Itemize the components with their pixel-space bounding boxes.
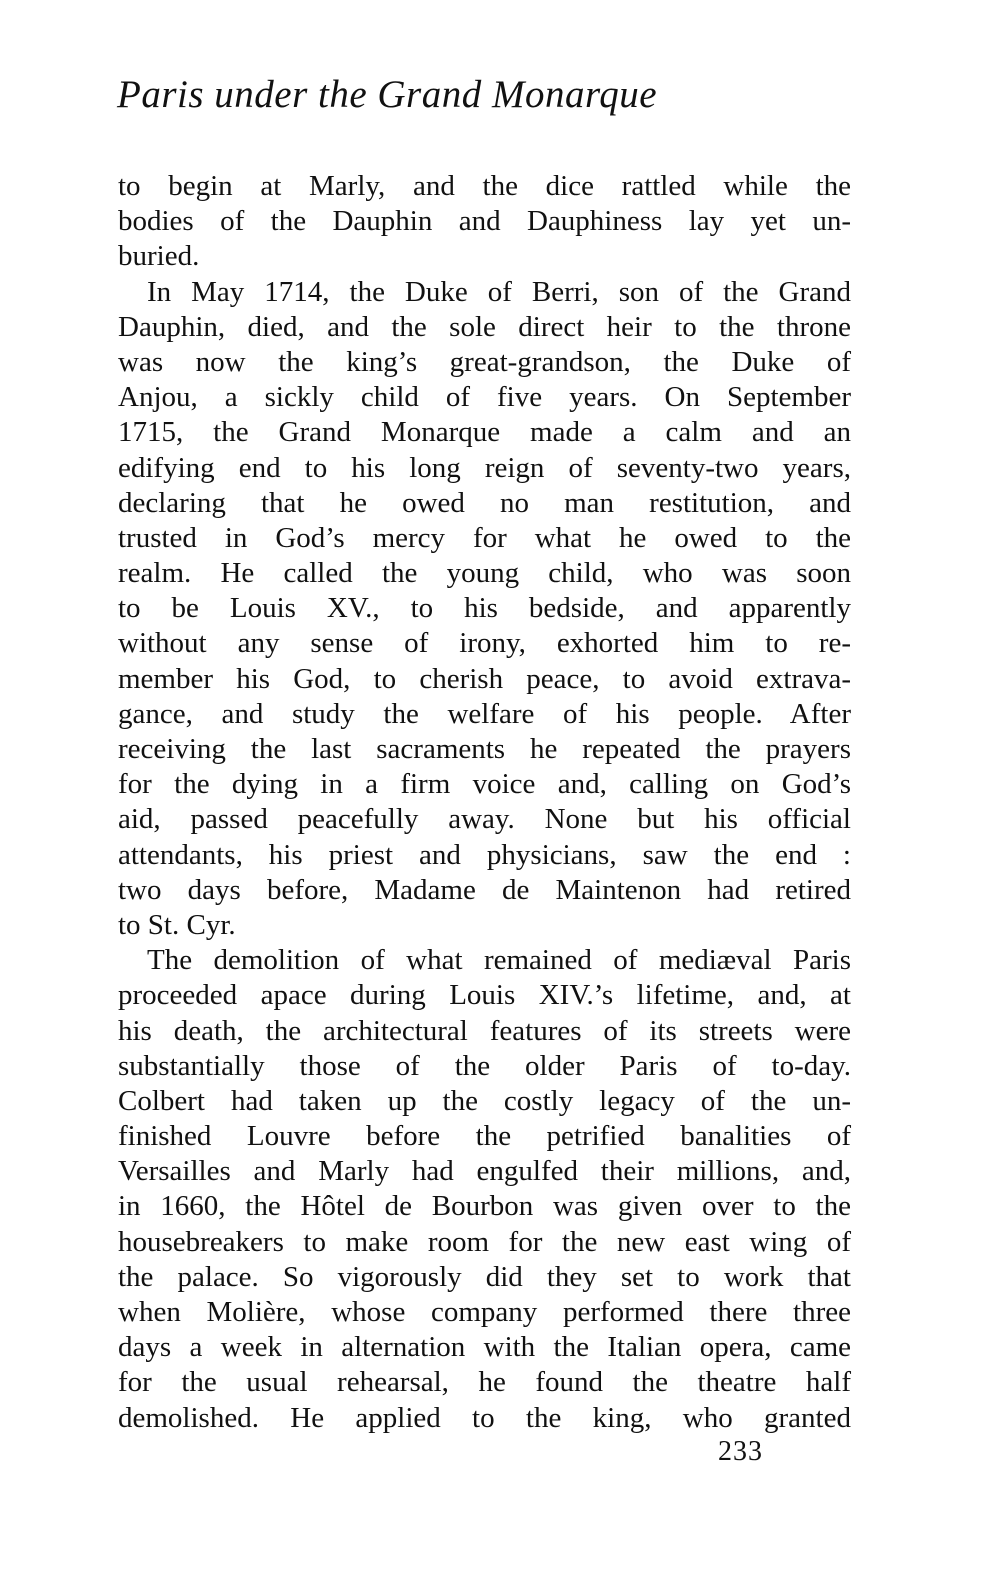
text-line: Anjou, a sickly child of five years. On …	[118, 380, 851, 415]
text-line: 1715, the Grand Monarque made a calm and…	[118, 415, 851, 450]
text-line: the palace. So vigorously did they set t…	[118, 1260, 851, 1295]
text-line: substantially those of the older Paris o…	[118, 1049, 851, 1084]
paragraph: In May 1714, the Duke of Berri, son of t…	[118, 275, 851, 944]
text-line: without any sense of irony, exhorted him…	[118, 626, 851, 661]
text-line: to begin at Marly, and the dice rattled …	[118, 169, 851, 204]
paragraph: to begin at Marly, and the dice rattled …	[118, 169, 851, 275]
text-line: for the usual rehearsal, he found the th…	[118, 1365, 851, 1400]
text-line: his death, the architectural features of…	[118, 1014, 851, 1049]
text-line: two days before, Madame de Maintenon had…	[118, 873, 851, 908]
text-line: aid, passed peacefully away. None but hi…	[118, 802, 851, 837]
text-line: demolished. He applied to the king, who …	[118, 1401, 851, 1436]
text-line: attendants, his priest and physicians, s…	[118, 838, 851, 873]
paragraph: The demolition of what remained of mediæ…	[118, 943, 851, 1436]
text-line: buried.	[118, 239, 851, 274]
text-line: to St. Cyr.	[118, 908, 851, 943]
text-line: receiving the last sacraments he repeate…	[118, 732, 851, 767]
text-line: Colbert had taken up the costly legacy o…	[118, 1084, 851, 1119]
text-line: housebreakers to make room for the new e…	[118, 1225, 851, 1260]
page-number: 233	[718, 1436, 763, 1468]
text-line: bodies of the Dauphin and Dauphiness lay…	[118, 204, 851, 239]
text-line: Versailles and Marly had engulfed their …	[118, 1154, 851, 1189]
text-line: realm. He called the young child, who wa…	[118, 556, 851, 591]
text-line: to be Louis XV., to his bedside, and app…	[118, 591, 851, 626]
text-line: trusted in God’s mercy for what he owed …	[118, 521, 851, 556]
text-line: declaring that he owed no man restitutio…	[118, 486, 851, 521]
text-line: days a week in alternation with the Ital…	[118, 1330, 851, 1365]
book-page: Paris under the Grand Monarque to begin …	[0, 0, 1000, 1574]
text-line: finished Louvre before the petrified ban…	[118, 1119, 851, 1154]
text-line: In May 1714, the Duke of Berri, son of t…	[118, 275, 851, 310]
text-line: proceeded apace during Louis XIV.’s life…	[118, 978, 851, 1013]
text-line: The demolition of what remained of mediæ…	[118, 943, 851, 978]
body-text: to begin at Marly, and the dice rattled …	[118, 169, 851, 1436]
text-line: Dauphin, died, and the sole direct heir …	[118, 310, 851, 345]
text-line: member his God, to cherish peace, to avo…	[118, 662, 851, 697]
text-line: was now the king’s great-grandson, the D…	[118, 345, 851, 380]
text-line: for the dying in a firm voice and, calli…	[118, 767, 851, 802]
text-line: when Molière, whose company performed th…	[118, 1295, 851, 1330]
text-line: edifying end to his long reign of sevent…	[118, 451, 851, 486]
text-line: in 1660, the Hôtel de Bourbon was given …	[118, 1189, 851, 1224]
text-line: gance, and study the welfare of his peop…	[118, 697, 851, 732]
running-head: Paris under the Grand Monarque	[117, 72, 657, 117]
